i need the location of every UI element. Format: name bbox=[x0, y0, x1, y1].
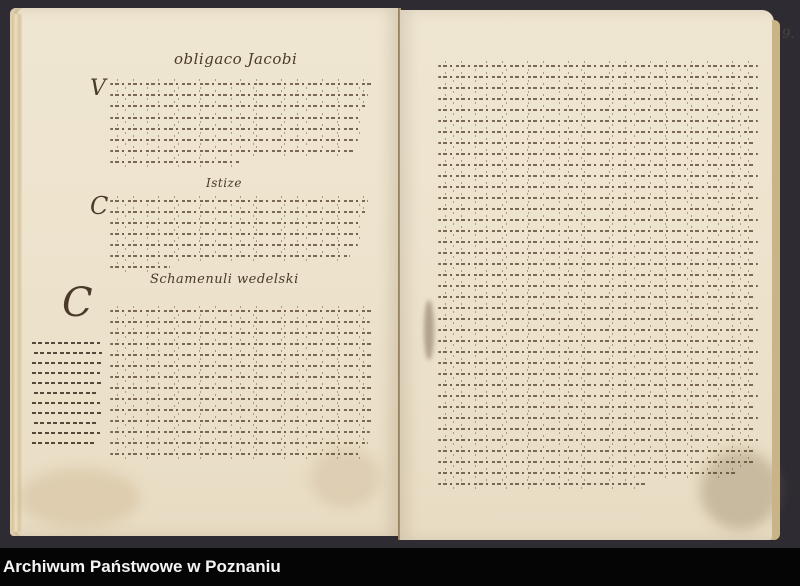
text-line bbox=[438, 307, 758, 309]
text-line bbox=[438, 241, 758, 243]
text-line bbox=[438, 285, 758, 287]
text-line bbox=[110, 343, 372, 345]
text-line bbox=[438, 296, 756, 298]
archive-caption: Archiwum Państwowe w Poznaniu bbox=[3, 557, 281, 577]
text-line bbox=[438, 230, 756, 232]
text-line bbox=[110, 420, 372, 422]
text-line bbox=[438, 406, 756, 408]
text-line bbox=[438, 274, 756, 276]
text-line bbox=[438, 142, 756, 144]
folio-number: 9. bbox=[782, 27, 794, 42]
text-line bbox=[110, 409, 372, 411]
marginal-line bbox=[32, 412, 102, 414]
text-line bbox=[438, 175, 758, 177]
text-line bbox=[110, 244, 358, 246]
text-line bbox=[110, 387, 372, 389]
text-line bbox=[110, 128, 362, 130]
text-line bbox=[438, 329, 758, 331]
marginal-line bbox=[34, 422, 96, 424]
heading-obligacio: obligaco Jacobi bbox=[174, 50, 297, 68]
text-line bbox=[438, 252, 756, 254]
initial-letter: C bbox=[90, 192, 108, 220]
text-line bbox=[110, 139, 358, 141]
text-line bbox=[110, 117, 360, 119]
text-line bbox=[110, 233, 360, 235]
text-line bbox=[438, 197, 758, 199]
caption-bar: Archiwum Państwowe w Poznaniu bbox=[0, 548, 800, 586]
text-line bbox=[110, 94, 368, 96]
right-page bbox=[400, 10, 774, 540]
text-line bbox=[438, 417, 758, 419]
text-line bbox=[438, 472, 738, 474]
text-line bbox=[110, 376, 372, 378]
text-line bbox=[110, 365, 372, 367]
text-line bbox=[110, 161, 240, 163]
text-line bbox=[438, 461, 754, 463]
text-line bbox=[438, 450, 756, 452]
initial-letter: C bbox=[62, 280, 93, 326]
marginal-line bbox=[32, 382, 102, 384]
text-line bbox=[438, 395, 758, 397]
text-line bbox=[438, 384, 756, 386]
text-line bbox=[110, 150, 355, 152]
marginal-note bbox=[30, 336, 110, 446]
text-line bbox=[438, 120, 758, 122]
text-line bbox=[438, 439, 758, 441]
text-line bbox=[438, 428, 756, 430]
marginal-line bbox=[32, 442, 96, 444]
text-line bbox=[438, 208, 756, 210]
marginal-line bbox=[32, 372, 100, 374]
text-line bbox=[110, 200, 368, 202]
text-line bbox=[110, 310, 372, 312]
text-line bbox=[438, 87, 758, 89]
text-line bbox=[438, 164, 756, 166]
text-line bbox=[110, 321, 370, 323]
manuscript-scan: obligaco Jacobi V Istize C Schamenuli we… bbox=[0, 0, 800, 548]
seepage-mark bbox=[424, 300, 434, 360]
marginal-line bbox=[34, 352, 102, 354]
text-line bbox=[110, 222, 362, 224]
heading-schamenuli: Schamenuli wedelski bbox=[150, 272, 299, 287]
text-line bbox=[438, 219, 758, 221]
text-line bbox=[438, 131, 758, 133]
text-line bbox=[438, 109, 758, 111]
marginal-line bbox=[34, 392, 96, 394]
text-line bbox=[438, 483, 648, 485]
left-page: obligaco Jacobi V Istize C Schamenuli we… bbox=[10, 8, 398, 536]
text-line bbox=[110, 83, 372, 85]
text-line bbox=[438, 186, 756, 188]
marginal-line bbox=[32, 362, 102, 364]
text-line bbox=[438, 65, 758, 67]
marginal-line bbox=[32, 402, 100, 404]
text-line bbox=[438, 340, 756, 342]
text-line bbox=[438, 153, 758, 155]
stain bbox=[20, 468, 140, 528]
text-line bbox=[438, 98, 758, 100]
text-line bbox=[438, 318, 756, 320]
marginal-line bbox=[32, 342, 100, 344]
text-line bbox=[438, 351, 758, 353]
text-line bbox=[438, 263, 758, 265]
text-line bbox=[110, 354, 372, 356]
text-line bbox=[438, 373, 758, 375]
text-line bbox=[110, 255, 350, 257]
heading-istize: Istize bbox=[206, 176, 242, 190]
text-line bbox=[438, 362, 756, 364]
text-line bbox=[110, 332, 372, 334]
text-line bbox=[110, 431, 370, 433]
text-line bbox=[110, 453, 360, 455]
initial-letter: V bbox=[90, 76, 106, 101]
text-line bbox=[110, 398, 372, 400]
text-line bbox=[110, 211, 366, 213]
marginal-line bbox=[32, 432, 100, 434]
text-line bbox=[438, 76, 758, 78]
text-line bbox=[110, 266, 170, 268]
text-line bbox=[110, 105, 366, 107]
text-line bbox=[110, 442, 368, 444]
